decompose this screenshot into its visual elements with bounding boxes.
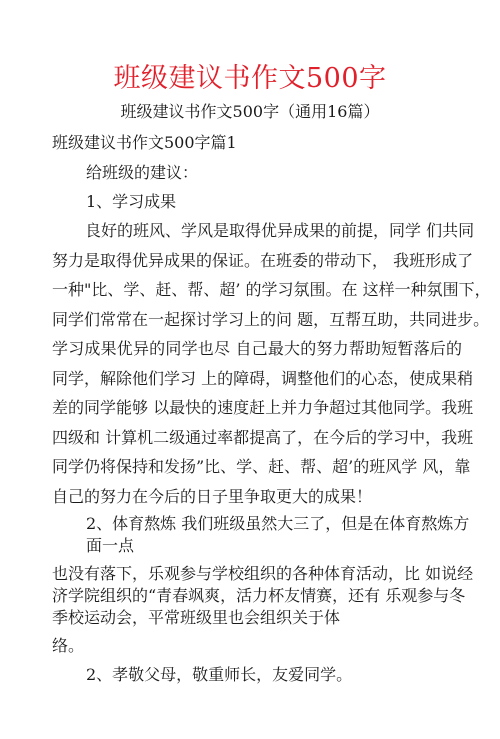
item1-heading: 1、学习成果 [86, 191, 176, 213]
document-subtitle: 班级建议书作文500字（通用16篇） [0, 101, 500, 123]
paragraph-line: 差的同学能够 以最快的速度赶上并力争超过其他同学。我班 [52, 397, 462, 427]
paragraph-line: 学习成果优异的同学也尽 自己最大的努力帮助短暂落后的 [52, 338, 462, 368]
paragraph-line: 同学仍将保持和发扬”比、学、赶、帮、超’的班风学 风，靠 [52, 456, 462, 486]
item2-heading-line: 面一点 [86, 535, 462, 557]
paragraph-line: 自己的努力在今后的日子里争取更大的成果！ [52, 486, 462, 516]
document-title: 班级建议书作文500字 [0, 62, 500, 96]
document-page: 班级建议书作文500字 班级建议书作文500字（通用16篇） 班级建议书作文50… [0, 0, 500, 739]
paragraph-line: 同学们常常在一起探讨学习上的问 题，互帮互助，共同进步。 [52, 309, 462, 339]
item2-heading-line: 2、体育熬炼 我们班级虽然大三了，但是在体育熬炼方 [86, 513, 462, 535]
paragraph-line: 良好的班风、学风是取得优异成果的前提，同学 们共同 [52, 220, 462, 250]
paragraph-line: 同学，解除他们学习 上的障碍，调整他们的心态，使成果稍 [52, 368, 462, 398]
paragraph-line: 济学院组织的“青春飒爽，活力杯友情赛，还有 乐观参与冬 [52, 585, 462, 607]
paragraph-line: 四级和 计算机二级通过率都提高了，在今后的学习中，我班 [52, 427, 462, 457]
paragraph-line: 一种"比、学、赶、帮、超’ 的学习氛围。在 这样一种氛围下， [52, 279, 462, 309]
item1-paragraph: 良好的班风、学风是取得优异成果的前提，同学 们共同 努力是取得优异成果的保证。在… [52, 220, 462, 515]
paragraph-line: 努力是取得优异成果的保证。在班委的带动下， 我班形成了 [52, 250, 462, 280]
item3-heading: 2、孝敬父母，敬重师长，友爱同学。 [86, 664, 352, 686]
item2-tail: 络。 [52, 635, 84, 657]
paragraph-line: 季校运动会，平常班级里也会组织关于体 [52, 607, 462, 629]
intro-text: 给班级的建议： [86, 162, 198, 184]
paragraph-line: 也没有落下，乐观参与学校组织的各种体育活动，比 如说经 [52, 563, 462, 585]
section-heading: 班级建议书作文500字篇1 [52, 132, 237, 154]
item2-heading: 2、体育熬炼 我们班级虽然大三了，但是在体育熬炼方 面一点 [86, 513, 462, 557]
item2-paragraph: 也没有落下，乐观参与学校组织的各种体育活动，比 如说经 济学院组织的“青春飒爽，… [52, 563, 462, 629]
